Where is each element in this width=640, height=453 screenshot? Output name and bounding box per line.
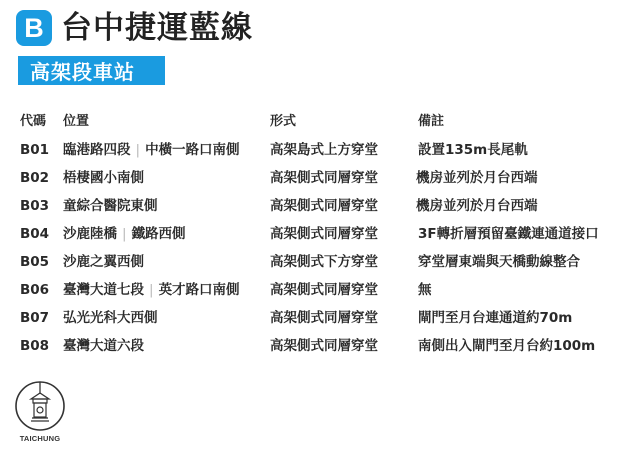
location-part: 臺灣大道七段 xyxy=(63,282,144,298)
station-table: 代碼 位置 形式 備註 B01臨港路四段|中橫一路口南側高架島式上方穿堂設置13… xyxy=(20,111,635,363)
location-part: 梧棲國小南側 xyxy=(63,170,144,186)
station-note: 南側出入閘門至月台約100m xyxy=(418,335,595,357)
location-separator: | xyxy=(149,282,154,298)
station-location: 臨港路四段|中橫一路口南側 xyxy=(63,139,240,161)
station-code: B04 xyxy=(20,223,49,245)
table-row: B02梧棲國小南側高架側式同層穿堂機房並列於月台西端 xyxy=(20,167,635,195)
table-header: 代碼 位置 形式 備註 xyxy=(20,111,635,139)
taichung-tower-icon xyxy=(14,378,66,434)
station-type: 高架側式同層穿堂 xyxy=(270,167,378,189)
station-type: 高架側式下方穿堂 xyxy=(270,251,378,273)
station-code: B07 xyxy=(20,307,49,329)
station-location: 沙鹿之翼西側 xyxy=(63,251,144,273)
location-separator: | xyxy=(136,142,141,158)
table-row: B04沙鹿陸橋|鐵路西側高架側式同層穿堂3F轉折層預留臺鐵連通道接口 xyxy=(20,223,635,251)
column-header-note: 備註 xyxy=(418,111,444,133)
station-note: 穿堂層東端與天橋動線整合 xyxy=(418,251,580,273)
table-row: B01臨港路四段|中橫一路口南側高架島式上方穿堂設置135m長尾軌 xyxy=(20,139,635,167)
station-type: 高架側式同層穿堂 xyxy=(270,195,378,217)
location-part: 沙鹿之翼西側 xyxy=(63,254,144,270)
column-header-code: 代碼 xyxy=(20,111,46,133)
column-header-location: 位置 xyxy=(63,111,89,133)
location-part: 臺灣大道六段 xyxy=(63,338,144,354)
station-type: 高架側式同層穿堂 xyxy=(270,307,378,329)
table-row: B07弘光光科大西側高架側式同層穿堂閘門至月台連通道約70m xyxy=(20,307,635,335)
station-note: 機房並列於月台西端 xyxy=(416,195,538,217)
station-location: 弘光光科大西側 xyxy=(63,307,158,329)
table-row: B06臺灣大道七段|英才路口南側高架側式同層穿堂無 xyxy=(20,279,635,307)
station-location: 臺灣大道七段|英才路口南側 xyxy=(63,279,240,301)
location-part: 臨港路四段 xyxy=(63,142,131,158)
station-note: 3F轉折層預留臺鐵連通道接口 xyxy=(418,223,599,245)
station-code: B03 xyxy=(20,195,49,217)
station-type: 高架側式同層穿堂 xyxy=(270,279,378,301)
location-part: 童綜合醫院東側 xyxy=(63,198,158,214)
column-header-type: 形式 xyxy=(270,111,296,133)
station-location: 梧棲國小南側 xyxy=(63,167,144,189)
table-body: B01臨港路四段|中橫一路口南側高架島式上方穿堂設置135m長尾軌B02梧棲國小… xyxy=(20,139,635,363)
table-row: B08臺灣大道六段高架側式同層穿堂南側出入閘門至月台約100m xyxy=(20,335,635,363)
station-code: B02 xyxy=(20,167,49,189)
page-title: 台中捷運藍線 xyxy=(61,9,253,47)
station-code: B01 xyxy=(20,139,49,161)
station-code: B05 xyxy=(20,251,49,273)
location-part: 英才路口南側 xyxy=(159,282,240,298)
station-location: 童綜合醫院東側 xyxy=(63,195,158,217)
station-note: 機房並列於月台西端 xyxy=(416,167,538,189)
station-note: 無 xyxy=(418,279,432,301)
station-location: 臺灣大道六段 xyxy=(63,335,144,357)
table-row: B05沙鹿之翼西側高架側式下方穿堂穿堂層東端與天橋動線整合 xyxy=(20,251,635,279)
location-part: 中橫一路口南側 xyxy=(145,142,240,158)
logo-text: TAICHUNG xyxy=(14,434,66,443)
station-location: 沙鹿陸橋|鐵路西側 xyxy=(63,223,186,245)
location-part: 弘光光科大西側 xyxy=(63,310,158,326)
location-part: 沙鹿陸橋 xyxy=(63,226,117,242)
section-banner: 高架段車站 xyxy=(18,56,165,85)
station-note: 閘門至月台連通道約70m xyxy=(418,307,572,329)
station-code: B06 xyxy=(20,279,49,301)
station-type: 高架島式上方穿堂 xyxy=(270,139,378,161)
station-type: 高架側式同層穿堂 xyxy=(270,335,378,357)
location-part: 鐵路西側 xyxy=(132,226,186,242)
station-note: 設置135m長尾軌 xyxy=(418,139,528,161)
title-row: B 台中捷運藍線 xyxy=(16,9,253,47)
line-badge: B xyxy=(16,10,52,46)
taichung-logo: TAICHUNG xyxy=(14,378,66,448)
station-code: B08 xyxy=(20,335,49,357)
station-type: 高架側式同層穿堂 xyxy=(270,223,378,245)
table-row: B03童綜合醫院東側高架側式同層穿堂機房並列於月台西端 xyxy=(20,195,635,223)
location-separator: | xyxy=(122,226,127,242)
